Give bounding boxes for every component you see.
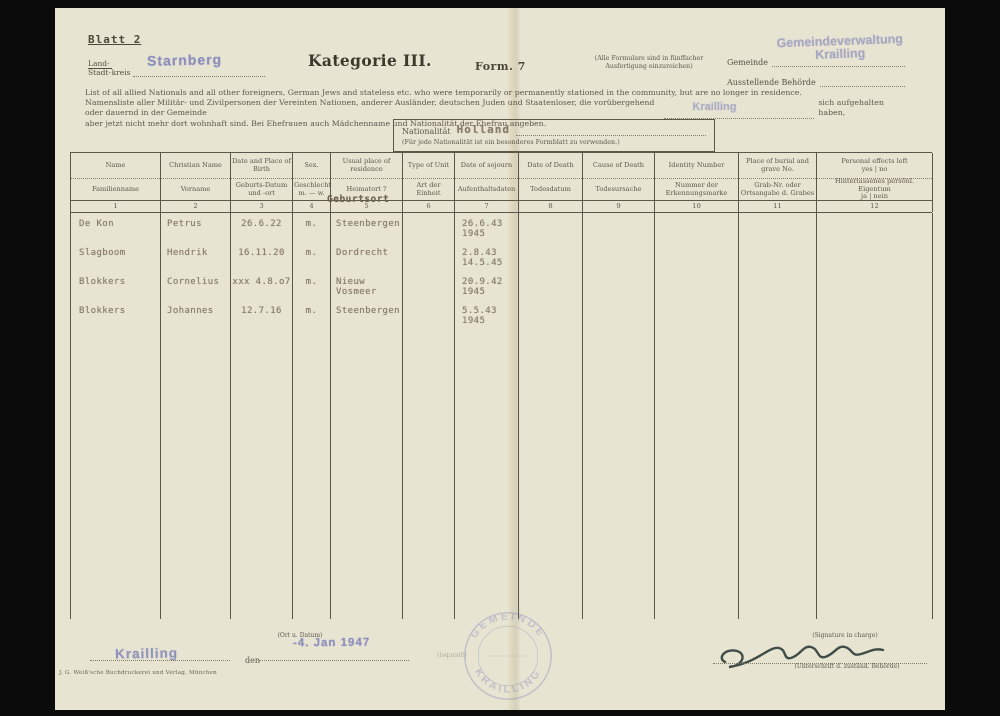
header-de-text: Grab-Nr. oder Ortsangabe d. Grabes (740, 182, 815, 197)
typed-overlay: Geburtsort (327, 194, 389, 205)
header-de-text: Nummer der Erkennungsmarke (656, 182, 737, 197)
header-de-sub: ja | nein (818, 193, 931, 201)
cell-row2-col11 (739, 248, 816, 277)
cell-row1-col2: Petrus (161, 219, 230, 248)
cell-row1-col5: Steenbergen (331, 219, 402, 248)
cell-row3-col6 (403, 277, 454, 306)
column-header-3: Date and Place of BirthGeburts-Datum und… (231, 153, 293, 212)
column-header-4: Sex.Geschlechtm. — w.4 (293, 153, 331, 212)
cell-row2-col7: 2.8.43 14.5.45 (455, 248, 518, 277)
behoerde-blank-line (820, 78, 905, 87)
column-header-en: Personal effects leftyes | no (817, 153, 932, 179)
cell-row4-col1: Blokkers (71, 306, 160, 335)
round-gemeinde-stamp-icon: GEMEINDE KRAILLING (460, 608, 556, 704)
column-header-de: Todesdatum (519, 179, 582, 200)
scanned-document: Blatt 2 Land- Stadt- kreis Starnberg Kat… (0, 0, 1000, 716)
header-de-text: Familienname (72, 186, 159, 194)
column-header-de: Aufenthaltsdaten (455, 179, 518, 200)
table-column-6 (403, 213, 455, 619)
header-en-text: Usual place of residence (332, 158, 401, 173)
column-header-en: Cause of Death (583, 153, 654, 179)
header-en-text: Cause of Death (584, 162, 653, 170)
cell-row1-col12 (817, 219, 932, 248)
table-column-8 (519, 213, 583, 619)
cell-row3-col10 (655, 277, 738, 306)
column-header-8: Date of DeathTodesdatum8 (519, 153, 583, 212)
cell-row4-col12 (817, 306, 932, 335)
table-column-7: 26.6.43 19452.8.43 14.5.4520.9.42 19455.… (455, 213, 519, 619)
column-header-de: Todesursache (583, 179, 654, 200)
column-header-en: Christian Name (161, 153, 230, 179)
svg-text:GEMEINDE: GEMEINDE (468, 610, 548, 640)
intro-line-english: List of all allied Nationals and all oth… (85, 88, 897, 98)
paper-sheet: Blatt 2 Land- Stadt- kreis Starnberg Kat… (55, 8, 945, 710)
column-header-de: Geschlechtm. — w. (293, 179, 330, 200)
header-de-text: Geburts-Datum und -ort (232, 182, 291, 197)
kreis-label: kreis (112, 68, 131, 77)
header-en-text: Sex. (294, 162, 329, 170)
header-en-text: Type of Unit (404, 162, 453, 170)
cell-row3-col9 (583, 277, 654, 306)
cell-row2-col12 (817, 248, 932, 277)
table-body: De KonSlagboomBlokkersBlokkersPetrusHend… (70, 213, 932, 619)
column-number: 2 (161, 200, 230, 212)
persons-table: NameFamilienname1Christian NameVorname2D… (70, 152, 932, 619)
column-header-en: Usual place of residence (331, 153, 402, 179)
table-column-12 (817, 213, 933, 619)
cell-row3-col12 (817, 277, 932, 306)
column-number: 4 (293, 200, 330, 212)
header-de-text: Todesdatum (520, 186, 581, 194)
column-number: 8 (519, 200, 582, 212)
datum-blank-line (259, 651, 409, 661)
column-number: 9 (583, 200, 654, 212)
cell-row3-col2: Cornelius (161, 277, 230, 306)
column-header-en: Identity Number (655, 153, 738, 179)
cell-row3-col5: Nieuw Vosmeer (331, 277, 402, 306)
column-header-de: Heimatort ?Geburtsort (331, 179, 402, 200)
column-number: 10 (655, 200, 738, 212)
column-header-en: Sex. (293, 153, 330, 179)
cell-row3-col1: Blokkers (71, 277, 160, 306)
table-column-10 (655, 213, 739, 619)
header-en-sub: yes | no (818, 166, 931, 174)
sheet-number: Blatt 2 (88, 33, 141, 46)
column-number: 7 (455, 200, 518, 212)
column-header-en: Name (71, 153, 160, 179)
form-title: Kategorie III. (308, 51, 432, 70)
cell-row2-col1: Slagboom (71, 248, 160, 277)
cell-row4-col7: 5.5.43 1945 (455, 306, 518, 335)
cell-row2-col2: Hendrik (161, 248, 230, 277)
nationality-value: Holland (457, 123, 510, 136)
column-header-5: Usual place of residenceHeimatort ?Gebur… (331, 153, 403, 212)
cell-row2-col4: m. (293, 248, 330, 277)
table-header: NameFamilienname1Christian NameVorname2D… (70, 152, 932, 213)
column-header-7: Date of sojournAufenthaltsdaten7 (455, 153, 519, 212)
kreis-stamp: Starnberg (147, 51, 222, 69)
cell-row4-col8 (519, 306, 582, 335)
table-column-4: m.m.m.m. (293, 213, 331, 619)
cell-row4-col2: Johannes (161, 306, 230, 335)
cell-row1-col6 (403, 219, 454, 248)
behoerde-label: Ausstellende Behörde (727, 78, 816, 87)
column-number: 11 (739, 200, 816, 212)
header-en-text: Date and Place of Birth (232, 158, 291, 173)
column-header-de: Hinterlassenes persönl. Eigentumja | nei… (817, 179, 932, 200)
column-header-de: Nummer der Erkennungsmarke (655, 179, 738, 200)
nationality-box: Nationalität Holland (Für jede Nationali… (393, 119, 715, 152)
cell-row1-col1: De Kon (71, 219, 160, 248)
ort-blank-line (90, 651, 230, 661)
cell-row1-col7: 26.6.43 1945 (455, 219, 518, 248)
cell-row1-col9 (583, 219, 654, 248)
header-en-text: Place of burial and grave No. (740, 158, 815, 173)
cell-row2-col8 (519, 248, 582, 277)
column-header-11: Place of burial and grave No.Grab-Nr. od… (739, 153, 817, 212)
cell-row2-col5: Dordrecht (331, 248, 402, 277)
column-header-en: Date and Place of Birth (231, 153, 292, 179)
form-number: Form. 7 (475, 60, 526, 73)
cell-row1-col4: m. (293, 219, 330, 248)
nationality-field: Nationalität Holland (402, 123, 706, 136)
column-header-en: Date of sojourn (455, 153, 518, 179)
cell-row4-col6 (403, 306, 454, 335)
column-header-10: Identity NumberNummer der Erkennungsmark… (655, 153, 739, 212)
cell-row4-col5: Steenbergen (331, 306, 402, 335)
kreis-blank-line (133, 76, 265, 77)
cell-row3-col11 (739, 277, 816, 306)
column-header-6: Type of UnitArt der Einheit6 (403, 153, 455, 212)
cell-row2-col6 (403, 248, 454, 277)
column-number: 12 (817, 200, 932, 212)
column-header-de: Geburts-Datum und -ort (231, 179, 292, 200)
table-column-5: SteenbergenDordrechtNieuw VosmeerSteenbe… (331, 213, 403, 619)
column-header-2: Christian NameVorname2 (161, 153, 231, 212)
printer-imprint: J. G. Weiß'sche Buchdruckerei und Verlag… (59, 670, 217, 676)
cell-row1-col10 (655, 219, 738, 248)
land-stadt-label: Land- Stadt- (88, 60, 112, 77)
cell-row1-col8 (519, 219, 582, 248)
cell-row3-col7: 20.9.42 1945 (455, 277, 518, 306)
column-header-en: Type of Unit (403, 153, 454, 179)
column-header-9: Cause of DeathTodesursache9 (583, 153, 655, 212)
cell-row4-col10 (655, 306, 738, 335)
cell-row3-col8 (519, 277, 582, 306)
cell-row1-col3: 26.6.22 (231, 219, 292, 248)
header-en-text: Date of sojourn (456, 162, 517, 170)
header-en-text: Date of Death (520, 162, 581, 170)
header-de-text: Vorname (162, 186, 229, 194)
column-header-en: Place of burial and grave No. (739, 153, 816, 179)
gemeinde-inline-stamp: Krailling (692, 102, 736, 112)
nationality-label: Nationalität (402, 127, 451, 136)
column-header-de: Art der Einheit (403, 179, 454, 200)
header-de-text: Hinterlassenes persönl. Eigentum (818, 178, 931, 193)
column-header-de: Familienname (71, 179, 160, 200)
column-header-de: Vorname (161, 179, 230, 200)
header-en-text: Christian Name (162, 162, 229, 170)
header-de-text: Heimatort ? (332, 186, 401, 194)
table-column-2: PetrusHendrikCorneliusJohannes (161, 213, 231, 619)
gemeinde-inline-blank: Krailling (664, 110, 814, 119)
header-de-text: Aufenthaltsdaten (456, 186, 517, 194)
column-header-1: NameFamilienname1 (71, 153, 161, 212)
header-en-text: Identity Number (656, 162, 737, 170)
nationality-blank-line (516, 127, 706, 136)
cell-row2-col3: 16.11.20 (231, 248, 292, 277)
column-header-en: Date of Death (519, 153, 582, 179)
cell-row3-col4: m. (293, 277, 330, 306)
column-number: 6 (403, 200, 454, 212)
cell-row2-col9 (583, 248, 654, 277)
header-de-text: Art der Einheit (404, 182, 453, 197)
column-number: 3 (231, 200, 292, 212)
header-en-text: Name (72, 162, 159, 170)
date-stamp: -4. Jan 1947 (293, 637, 370, 650)
behoerde-field: Ausstellende Behörde (727, 78, 905, 87)
cell-row4-col9 (583, 306, 654, 335)
table-column-3: 26.6.2216.11.20xxx 4.8.o712.7.16 (231, 213, 293, 619)
intro-line-german-1: Namensliste aller Militär- und Zivilpers… (85, 98, 897, 118)
cell-row1-col11 (739, 219, 816, 248)
cell-row2-col10 (655, 248, 738, 277)
table-column-1: De KonSlagboomBlokkersBlokkers (71, 213, 161, 619)
cell-row3-col3: xxx 4.8.o7 (231, 277, 292, 306)
header-de-text: Todesursache (584, 186, 653, 194)
den-label: den (245, 656, 260, 665)
column-header-de: Grab-Nr. oder Ortsangabe d. Grabes (739, 179, 816, 200)
cell-row4-col11 (739, 306, 816, 335)
table-column-11 (739, 213, 817, 619)
nationality-note: (Für jede Nationalität ist ein besondere… (402, 138, 706, 146)
header-de-sub: m. — w. (294, 190, 329, 198)
cell-row4-col4: m. (293, 306, 330, 335)
table-column-9 (583, 213, 655, 619)
copies-note: (Alle Formulare sind in fünffacher Ausfe… (579, 55, 719, 70)
signature-label-de: (Unterschrift d. zuständ. Behörde) (757, 663, 937, 670)
column-header-12: Personal effects leftyes | noHinterlasse… (817, 153, 933, 212)
column-number: 1 (71, 200, 160, 212)
cell-row4-col3: 12.7.16 (231, 306, 292, 335)
